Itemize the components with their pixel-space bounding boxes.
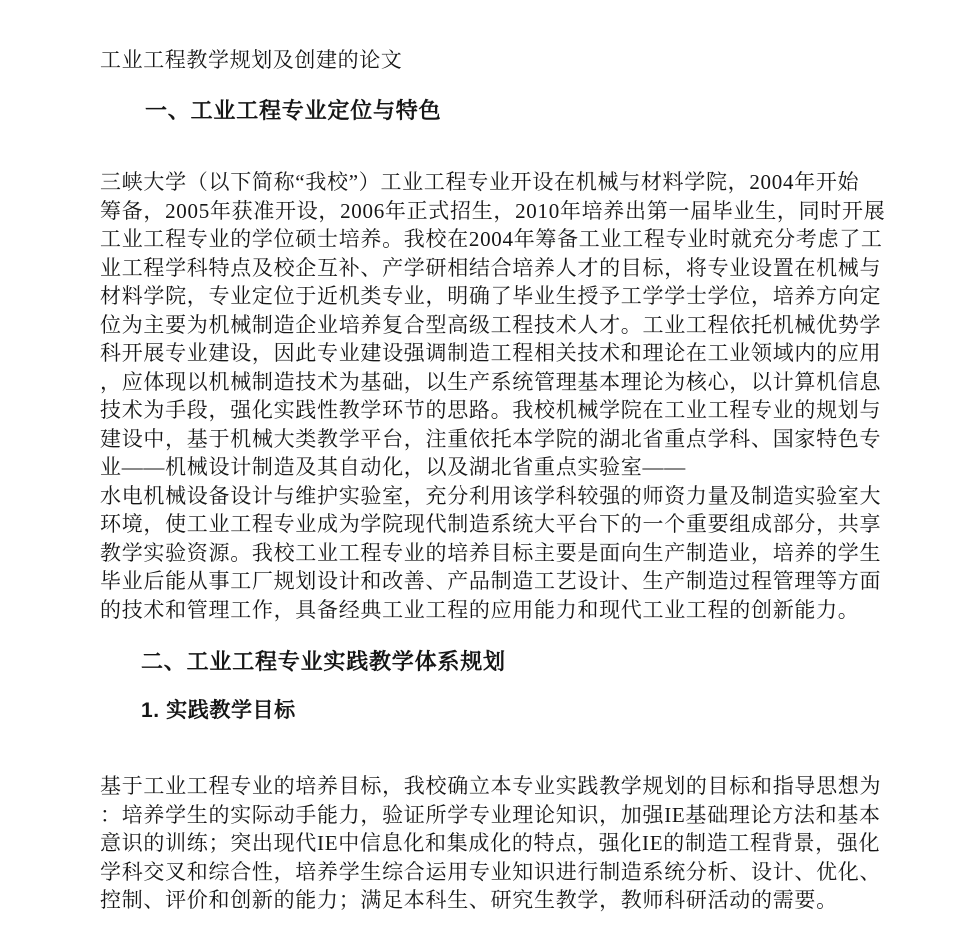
- text-line: 业——机械设计制造及其自动化，以及湖北省重点实验室——: [100, 453, 900, 482]
- text-line: ，应体现以机械制造技术为基础，以生产系统管理基本理论为核心，以计算机信息: [100, 368, 900, 397]
- text-line: 筹备，2005年获准开设，2006年正式招生，2010年培养出第一届毕业生，同时…: [100, 197, 900, 226]
- document-page: 工业工程教学规划及创建的论文 一、工业工程专业定位与特色 三峡大学（以下简称“我…: [0, 0, 969, 933]
- text-line: 教学实验资源。我校工业工程专业的培养目标主要是面向生产制造业，培养的学生: [100, 539, 900, 568]
- text-line: 技术为手段，强化实践性教学环节的思路。我校机械学院在工业工程专业的规划与: [100, 396, 900, 425]
- text-line: 水电机械设备设计与维护实验室，充分利用该学科较强的师资力量及制造实验室大: [100, 482, 900, 511]
- text-line: 材料学院，专业定位于近机类专业，明确了毕业生授予工学学士学位，培养方向定: [100, 282, 900, 311]
- section-1-heading: 一、工业工程专业定位与特色: [145, 94, 441, 125]
- text-line: 科开展专业建设，因此专业建设强调制造工程相关技术和理论在工业领域内的应用: [100, 339, 900, 368]
- text-line: 环境，使工业工程专业成为学院现代制造系统大平台下的一个重要组成部分，共享: [100, 510, 900, 539]
- document-title: 工业工程教学规划及创建的论文: [100, 44, 402, 74]
- text-line: 基于工业工程专业的培养目标，我校确立本专业实践教学规划的目标和指导思想为: [100, 772, 900, 801]
- text-line: 工业工程专业的学位硕士培养。我校在2004年筹备工业工程专业时就充分考虑了工: [100, 225, 900, 254]
- subsection-1-paragraph: 基于工业工程专业的培养目标，我校确立本专业实践教学规划的目标和指导思想为：培养学…: [100, 772, 900, 915]
- text-line: 意识的训练；突出现代IE中信息化和集成化的特点，强化IE的制造工程背景，强化: [100, 829, 900, 858]
- text-line: 三峡大学（以下简称“我校”）工业工程专业开设在机械与材料学院，2004年开始: [100, 168, 900, 197]
- text-line: 控制、评价和创新的能力；满足本科生、研究生教学，教师科研活动的需要。: [100, 886, 900, 915]
- section-1-paragraph: 三峡大学（以下简称“我校”）工业工程专业开设在机械与材料学院，2004年开始筹备…: [100, 168, 900, 624]
- text-line: 的技术和管理工作，具备经典工业工程的应用能力和现代工业工程的创新能力。: [100, 596, 900, 625]
- section-2-heading: 二、工业工程专业实践教学体系规划: [141, 645, 506, 676]
- text-line: 毕业后能从事工厂规划设计和改善、产品制造工艺设计、生产制造过程管理等方面: [100, 567, 900, 596]
- text-line: ：培养学生的实际动手能力，验证所学专业理论知识，加强IE基础理论方法和基本: [100, 801, 900, 830]
- text-line: 位为主要为机械制造企业培养复合型高级工程技术人才。工业工程依托机械优势学: [100, 311, 900, 340]
- text-line: 业工程学科特点及校企互补、产学研相结合培养人才的目标，将专业设置在机械与: [100, 254, 900, 283]
- text-line: 建设中，基于机械大类教学平台，注重依托本学院的湖北省重点学科、国家特色专: [100, 425, 900, 454]
- subsection-1-heading: 1. 实践教学目标: [141, 694, 296, 724]
- text-line: 学科交叉和综合性，培养学生综合运用专业知识进行制造系统分析、设计、优化、: [100, 858, 900, 887]
